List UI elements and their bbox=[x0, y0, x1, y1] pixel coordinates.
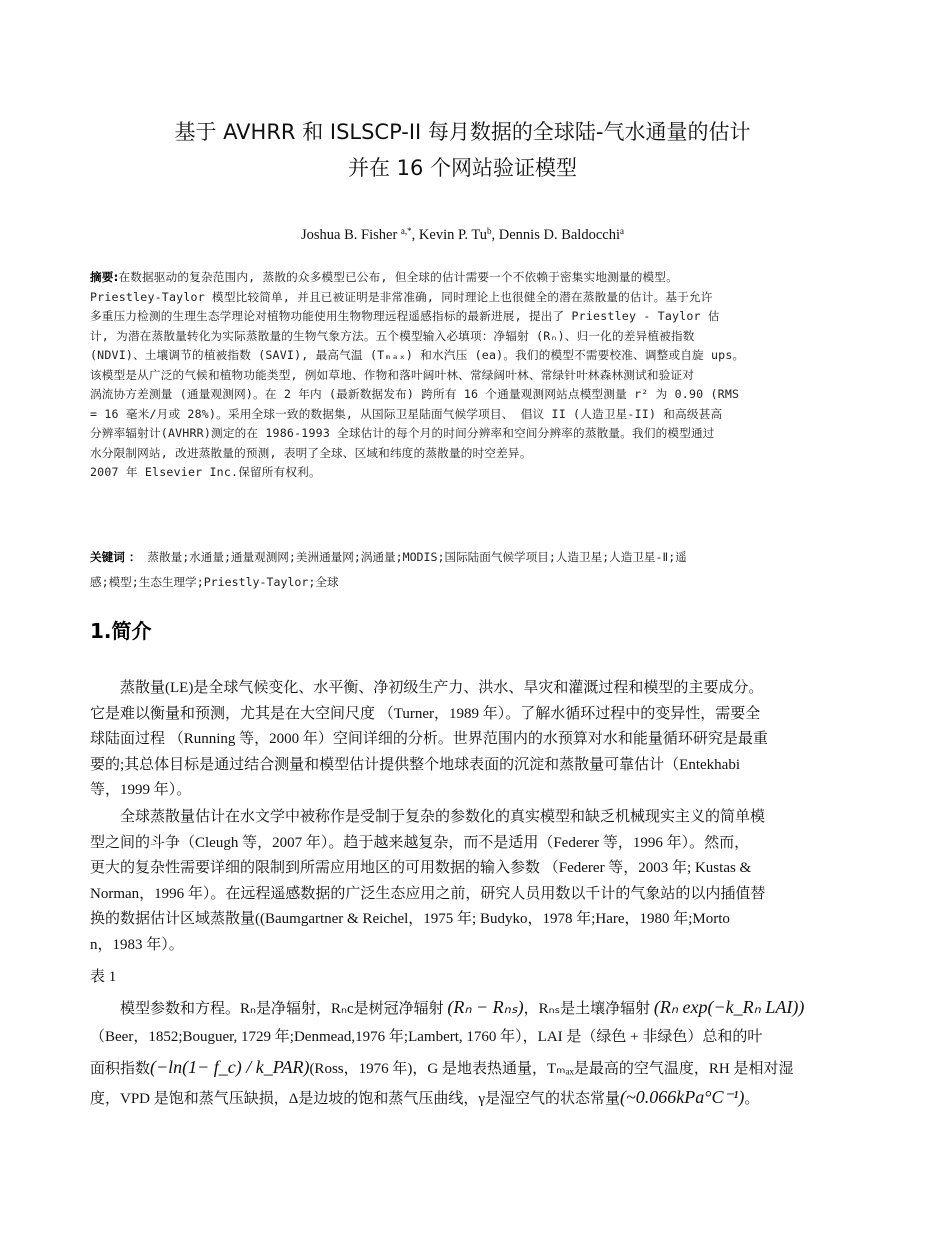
caption-text: 度，VPD 是饱和蒸气压缺损，Δ是边坡的饱和蒸气压曲线，γ是湿空气的状态常量 bbox=[90, 1091, 620, 1107]
abstract-line: 分辨率辐射计(AVHRR)测定的在 1986-1993 全球估计的每个月的时间分… bbox=[90, 424, 830, 444]
caption-text: 。 bbox=[744, 1091, 759, 1107]
table-caption: 模型参数和方程。Rₙ是净辐射，Rₙc是树冠净辐射 (Rₙ − Rₙₛ)，Rₙₛ是… bbox=[90, 992, 835, 1112]
equation: (−ln(1− f_c) / k_PAR) bbox=[150, 1057, 309, 1077]
author-name: Joshua B. Fisher bbox=[301, 227, 397, 243]
author-affiliation: a bbox=[620, 226, 624, 236]
author-name: Kevin P. Tu bbox=[419, 227, 487, 243]
keywords-text: 感;模型;生态生理学;Priestly-Taylor;全球 bbox=[90, 570, 830, 595]
abstract-line: 水分限制网站, 改进蒸散量的预测, 表明了全球、区域和纬度的蒸散量的时空差异。 bbox=[90, 444, 830, 464]
abstract: 摘要:在数据驱动的复杂范围内, 蒸散的众多模型已公布, 但全球的估计需要一个不依… bbox=[90, 268, 830, 483]
author-name: Dennis D. Baldocchi bbox=[499, 227, 620, 243]
keywords-label: 关键词 ： bbox=[90, 550, 140, 564]
abstract-line: Priestley-Taylor 模型比较简单, 并且已被证明是非常准确, 同时… bbox=[90, 288, 830, 308]
caption-text: （Beer，1852;Bouguer, 1729 年;Denmead,1976 … bbox=[90, 1022, 835, 1052]
paragraph: 蒸散量(LE)是全球气候变化、水平衡、净初级生产力、洪水、旱灾和灌溉过程和模型的… bbox=[90, 676, 835, 804]
paragraph-line: 更大的复杂性需要详细的限制到所需应用地区的可用数据的输入参数 （Federer … bbox=[90, 856, 835, 882]
caption-text: 模型参数和方程。Rₙ是净辐射，Rₙc是树冠净辐射 bbox=[120, 1001, 444, 1017]
paper-title-line1: 基于 AVHRR 和 ISLSCP-II 每月数据的全球陆-气水通量的估计 bbox=[0, 116, 925, 146]
paragraph-line: 等，1999 年）。 bbox=[90, 778, 835, 804]
abstract-label: 摘要: bbox=[90, 270, 118, 284]
abstract-line: 该模型是从广泛的气候和植物功能类型, 例如草地、作物和落叶阔叶林、常绿阔叶林、常… bbox=[90, 366, 830, 386]
section-heading: 1.简介 bbox=[90, 615, 152, 644]
paragraph: 全球蒸散量估计在水文学中被称作是受制于复杂的参数化的真实模型和缺乏机械现实主义的… bbox=[90, 805, 835, 959]
paragraph-line: 它是难以衡量和预测，尤其是在大空间尺度 （Turner，1989 年）。了解水循… bbox=[90, 702, 835, 728]
abstract-line: 计, 为潜在蒸散量转化为实际蒸散量的生物气象方法。五个模型输入必填项：净辐射 (… bbox=[90, 327, 830, 347]
author-list: Joshua B. Fisher a,*, Kevin P. Tub, Denn… bbox=[0, 226, 925, 244]
paragraph-line: n，1983 年）。 bbox=[90, 933, 835, 959]
equation: (Rₙ − Rₙₛ) bbox=[447, 997, 523, 1017]
author-affiliation: a,* bbox=[401, 226, 412, 236]
paragraph-line: 蒸散量(LE)是全球气候变化、水平衡、净初级生产力、洪水、旱灾和灌溉过程和模型的… bbox=[90, 676, 835, 702]
equation: (~0.066kPa°C⁻¹) bbox=[620, 1087, 744, 1107]
paper-page: 基于 AVHRR 和 ISLSCP-II 每月数据的全球陆-气水通量的估计 并在… bbox=[0, 0, 925, 1236]
abstract-line: 涡流协方差测量 (通量观测网)。在 2 年内 (最新数据发布) 跨所有 16 个… bbox=[90, 385, 830, 405]
paragraph-line: 全球蒸散量估计在水文学中被称作是受制于复杂的参数化的真实模型和缺乏机械现实主义的… bbox=[90, 805, 835, 831]
keywords-text: 蒸散量;水通量;通量观测网;美洲通量网;涡通量;MODIS;国际陆面气候学项目;… bbox=[147, 550, 686, 564]
paragraph-line: 球陆面过程 （Running 等，2000 年）空间详细的分析。世界范围内的水预… bbox=[90, 727, 835, 753]
caption-text: 面积指数 bbox=[90, 1061, 150, 1077]
paper-title-line2: 并在 16 个网站验证模型 bbox=[0, 152, 925, 182]
author-affiliation: b bbox=[487, 226, 492, 236]
copyright-line: 2007 年 Elsevier Inc.保留所有权利。 bbox=[90, 463, 830, 483]
table-label: 表 1 bbox=[90, 965, 835, 991]
caption-text: (Ross，1976 年)，G 是地表热通量，Tₘₐₓ是最高的空气温度，RH 是… bbox=[309, 1061, 793, 1077]
abstract-line: (NDVI)、土壤调节的植被指数 (SAVI), 最高气温 (Tₘₐₓ) 和水汽… bbox=[90, 346, 830, 366]
paragraph-line: 要的;其总体目标是通过结合测量和模型估计提供整个地球表面的沉淀和蒸散量可靠估计（… bbox=[90, 753, 835, 779]
paragraph-line: 型之间的斗争（Cleugh 等，2007 年）。趋于越来越复杂，而不是适用（Fe… bbox=[90, 831, 835, 857]
abstract-line: = 16 毫米/月或 28%)。采用全球一致的数据集, 从国际卫星陆面气候学项目… bbox=[90, 405, 830, 425]
paragraph-line: Norman，1996 年）。在远程遥感数据的广泛生态应用之前，研究人员用数以千… bbox=[90, 882, 835, 908]
abstract-line: 多重压力检测的生理生态学理论对植物功能使用生物物理远程遥感指标的最新进展, 提出… bbox=[90, 307, 830, 327]
abstract-line: 在数据驱动的复杂范围内, 蒸散的众多模型已公布, 但全球的估计需要一个不依赖于密… bbox=[118, 270, 677, 284]
keywords: 关键词 ： 蒸散量;水通量;通量观测网;美洲通量网;涡通量;MODIS;国际陆面… bbox=[90, 545, 830, 595]
caption-text: ，Rₙₛ是土壤净辐射 bbox=[524, 1001, 651, 1017]
table-label-text: 表 1 bbox=[90, 965, 835, 991]
equation: (Rₙ exp(−k_Rₙ LAI)) bbox=[654, 997, 804, 1017]
paragraph-line: 换的数据估计区域蒸散量((Baumgartner & Reichel，1975 … bbox=[90, 907, 835, 933]
